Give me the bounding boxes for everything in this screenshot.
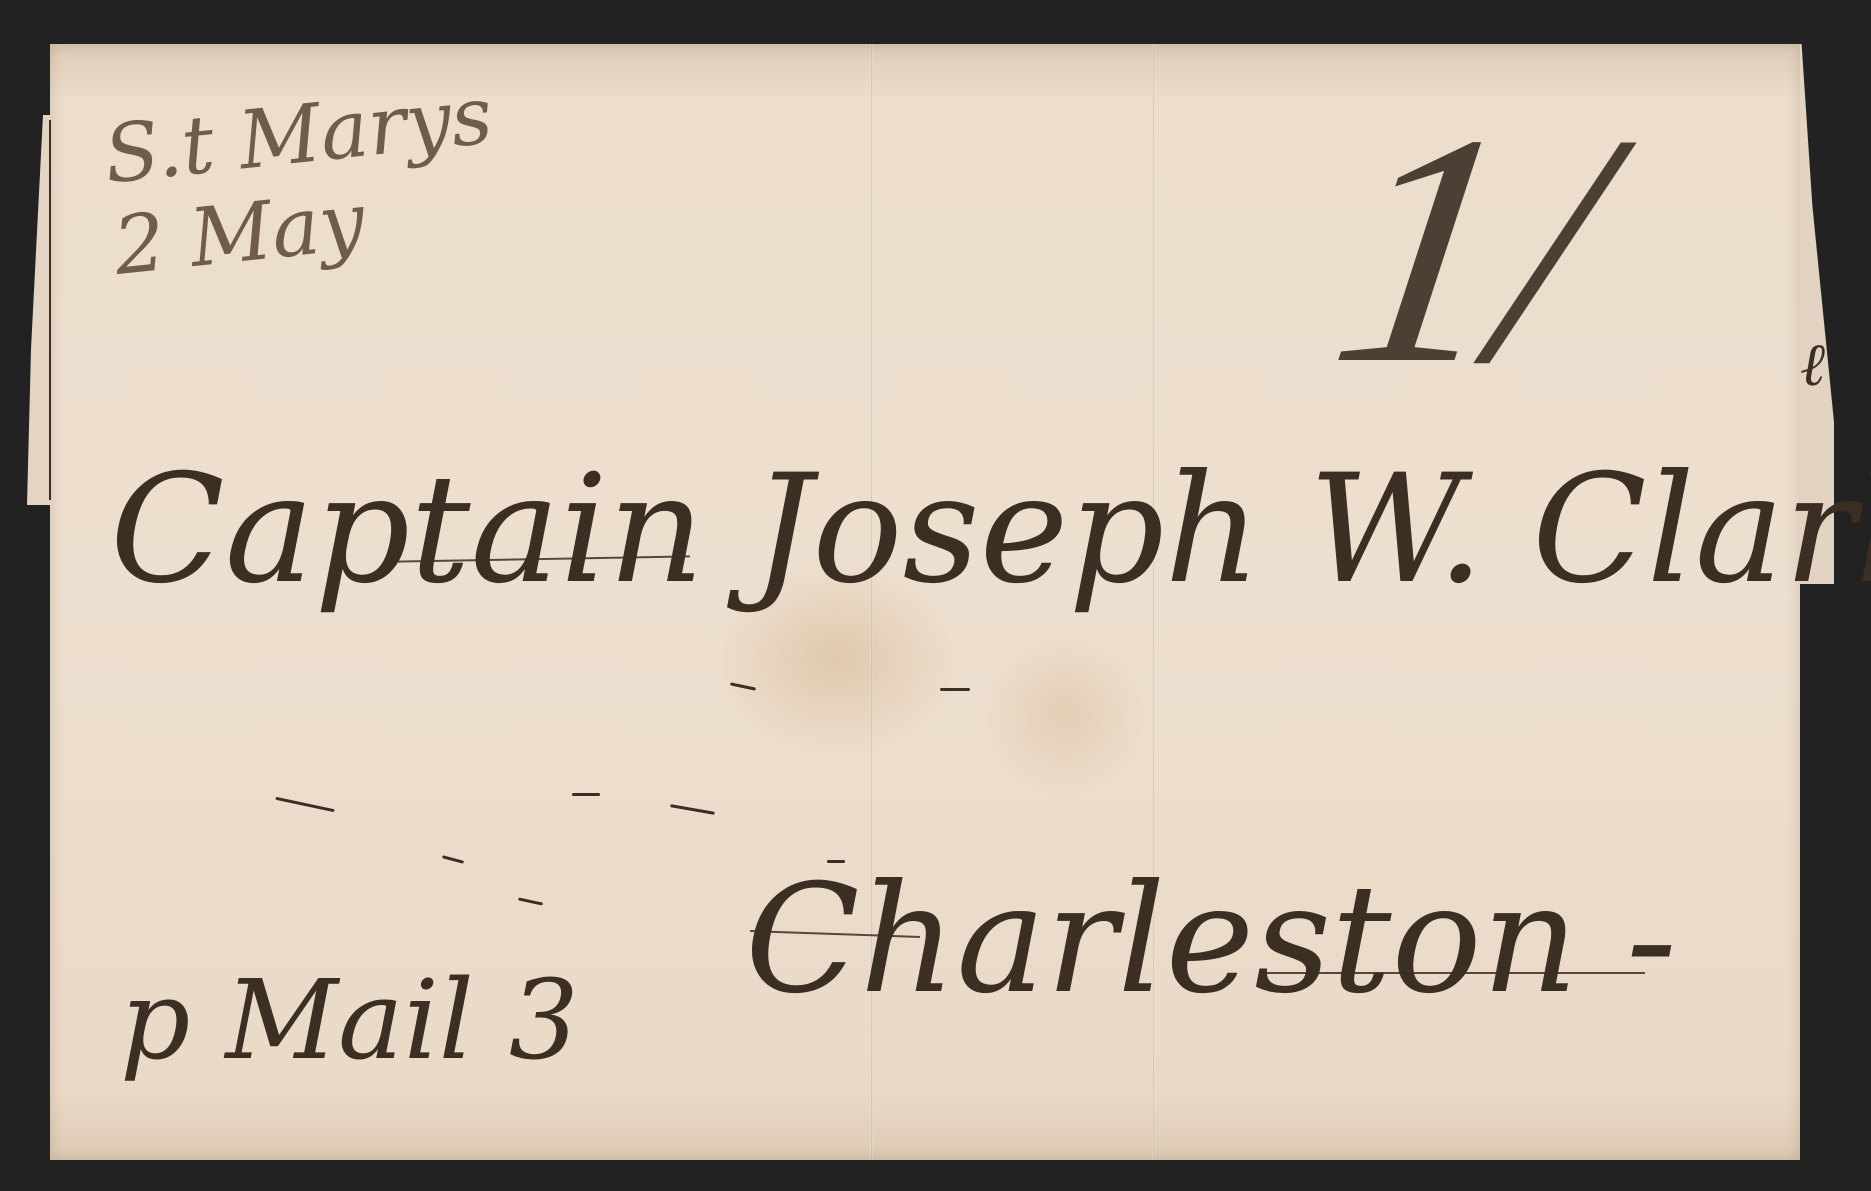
flourish-dash <box>572 793 600 796</box>
addressee-line: Captain Joseph W. Clarke - <box>110 430 1871 630</box>
addressee-name: Joseph W. Clarke <box>752 443 1871 617</box>
flourish-dash <box>940 688 970 691</box>
rear-flap-writing: ℓ <box>1800 330 1825 400</box>
cover-edge-shadow <box>49 120 51 500</box>
route-instruction: p Mail 3 <box>120 960 579 1080</box>
flourish-stroke <box>1265 972 1645 974</box>
destination-trailing-dash: - <box>1626 853 1677 1027</box>
destination-city: Charleston <box>745 853 1578 1027</box>
addressee-title: Captain <box>110 443 705 617</box>
destination-line: Charleston - <box>745 840 1677 1040</box>
